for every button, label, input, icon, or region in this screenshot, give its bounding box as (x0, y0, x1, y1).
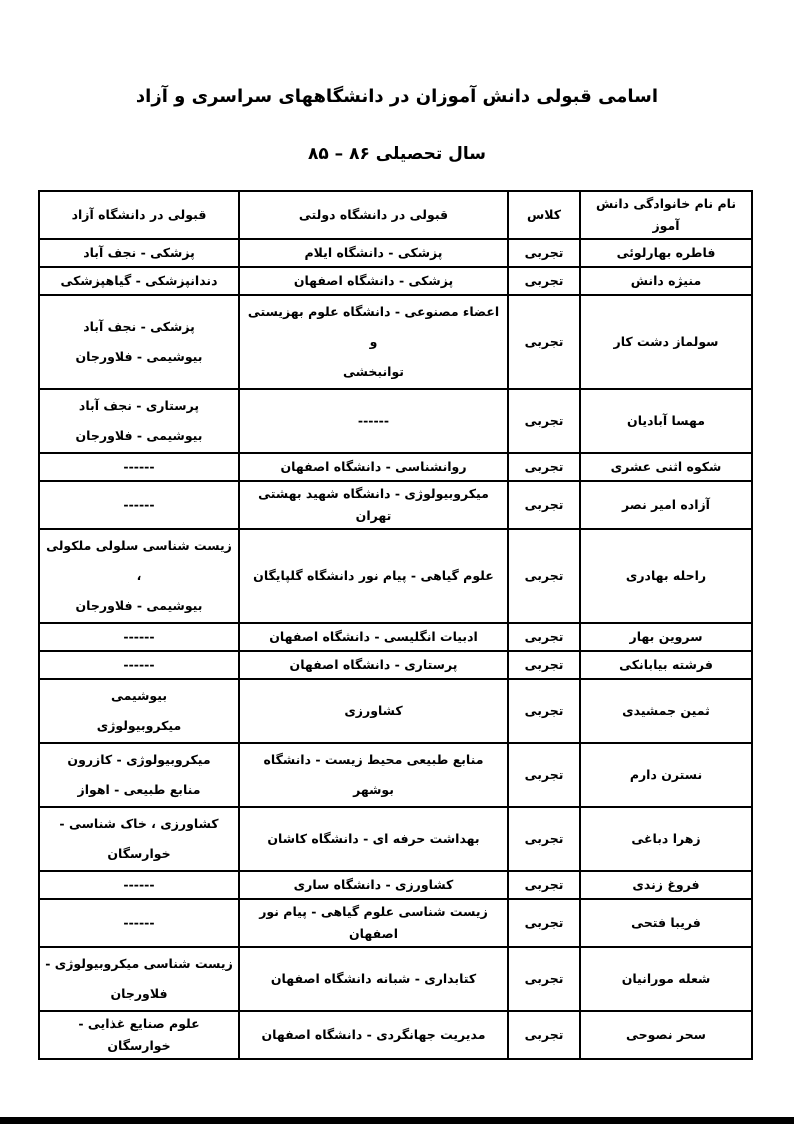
cell-azad-admission: پرستاری - نجف آباد بیوشیمی - فلاورجان (39, 389, 239, 453)
cell-student-name: زهرا دباغی (580, 807, 752, 871)
document-subtitle: سال تحصیلی ۸۶ – ۸۵ (0, 144, 794, 164)
cell-state-admission: ------ (239, 389, 508, 453)
cell-class: تجربی (508, 239, 580, 267)
cell-azad-admission: دندانپزشکی - گیاهپزشکی (39, 267, 239, 295)
table-row: زهرا دباغیتجربیبهداشت حرفه ای - دانشگاه … (39, 807, 752, 871)
document-page: اسامی قبولی دانش آموزان در دانشگاههای سر… (0, 0, 794, 1124)
admissions-table: نام نام خانوادگی دانش آموز کلاس قبولی در… (38, 190, 753, 1060)
col-header-class: کلاس (508, 191, 580, 239)
cell-state-admission: کتابداری - شبانه دانشگاه اصفهان (239, 947, 508, 1011)
table-row: فروغ زندیتجربیکشاورزی - دانشگاه ساری----… (39, 871, 752, 899)
cell-azad-admission: میکروبیولوژی - کازرون منابع طبیعی - اهوا… (39, 743, 239, 807)
cell-azad-admission: ------ (39, 623, 239, 651)
cell-state-admission: پزشکی - دانشگاه ایلام (239, 239, 508, 267)
table-header-row: نام نام خانوادگی دانش آموز کلاس قبولی در… (39, 191, 752, 239)
table-row: مهسا آبادیانتجربی------پرستاری - نجف آبا… (39, 389, 752, 453)
cell-state-admission: اعضاء مصنوعی - دانشگاه علوم بهزیستی و تو… (239, 295, 508, 389)
cell-state-admission: روانشناسی - دانشگاه اصفهان (239, 453, 508, 481)
cell-student-name: سروین بهار (580, 623, 752, 651)
cell-state-admission: منابع طبیعی محیط زیست - دانشگاه بوشهر (239, 743, 508, 807)
cell-class: تجربی (508, 807, 580, 871)
table-row: ثمین جمشیدیتجربیکشاورزیبیوشیمی میکروبیول… (39, 679, 752, 743)
cell-student-name: فروغ زندی (580, 871, 752, 899)
cell-class: تجربی (508, 899, 580, 947)
cell-state-admission: کشاورزی - دانشگاه ساری (239, 871, 508, 899)
cell-state-admission: علوم گیاهی - پیام نور دانشگاه گلپایگان (239, 529, 508, 623)
cell-state-admission: پزشکی - دانشگاه اصفهان (239, 267, 508, 295)
cell-azad-admission: ------ (39, 481, 239, 529)
cell-class: تجربی (508, 947, 580, 1011)
cell-class: تجربی (508, 389, 580, 453)
bottom-page-bar (0, 1117, 794, 1124)
cell-student-name: فریبا فتحی (580, 899, 752, 947)
cell-class: تجربی (508, 529, 580, 623)
cell-student-name: شکوه اثنی عشری (580, 453, 752, 481)
cell-azad-admission: زیست شناسی میکروبیولوژی - فلاورجان (39, 947, 239, 1011)
cell-state-admission: ادبیات انگلیسی - دانشگاه اصفهان (239, 623, 508, 651)
cell-state-admission: بهداشت حرفه ای - دانشگاه کاشان (239, 807, 508, 871)
cell-student-name: منیژه دانش (580, 267, 752, 295)
cell-class: تجربی (508, 679, 580, 743)
cell-class: تجربی (508, 453, 580, 481)
cell-class: تجربی (508, 1011, 580, 1059)
cell-student-name: شعله مورانیان (580, 947, 752, 1011)
cell-student-name: ثمین جمشیدی (580, 679, 752, 743)
table-row: سروین بهارتجربیادبیات انگلیسی - دانشگاه … (39, 623, 752, 651)
table-row: منیژه دانشتجربیپزشکی - دانشگاه اصفهاندند… (39, 267, 752, 295)
table-row: فریبا فتحیتجربیزیست شناسی علوم گیاهی - پ… (39, 899, 752, 947)
cell-student-name: فاطره بهارلوئی (580, 239, 752, 267)
col-header-student-name: نام نام خانوادگی دانش آموز (580, 191, 752, 239)
cell-azad-admission: ------ (39, 651, 239, 679)
cell-class: تجربی (508, 481, 580, 529)
cell-state-admission: پرستاری - دانشگاه اصفهان (239, 651, 508, 679)
table-row: آزاده امیر نصرتجربیمیکروبیولوژی - دانشگا… (39, 481, 752, 529)
cell-azad-admission: زیست شناسی سلولی ملکولی ، بیوشیمی - فلاو… (39, 529, 239, 623)
table-row: فرشته بیابانکیتجربیپرستاری - دانشگاه اصف… (39, 651, 752, 679)
cell-azad-admission: ------ (39, 453, 239, 481)
cell-state-admission: کشاورزی (239, 679, 508, 743)
col-header-azad-university: قبولی در دانشگاه آزاد (39, 191, 239, 239)
table-row: سحر نصوحیتجربیمدیریت جهانگردی - دانشگاه … (39, 1011, 752, 1059)
cell-student-name: نسترن دارم (580, 743, 752, 807)
cell-student-name: سولماز دشت کار (580, 295, 752, 389)
cell-state-admission: میکروبیولوژی - دانشگاه شهید بهشتی تهران (239, 481, 508, 529)
col-header-state-university: قبولی در دانشگاه دولتی (239, 191, 508, 239)
table-row: سولماز دشت کارتجربیاعضاء مصنوعی - دانشگا… (39, 295, 752, 389)
table-row: شکوه اثنی عشریتجربیروانشناسی - دانشگاه ا… (39, 453, 752, 481)
cell-class: تجربی (508, 743, 580, 807)
cell-class: تجربی (508, 651, 580, 679)
cell-azad-admission: کشاورزی ، خاک شناسی - خوارسگان (39, 807, 239, 871)
cell-class: تجربی (508, 623, 580, 651)
cell-student-name: فرشته بیابانکی (580, 651, 752, 679)
cell-class: تجربی (508, 871, 580, 899)
table-row: فاطره بهارلوئیتجربیپزشکی - دانشگاه ایلام… (39, 239, 752, 267)
cell-state-admission: مدیریت جهانگردی - دانشگاه اصفهان (239, 1011, 508, 1059)
cell-azad-admission: بیوشیمی میکروبیولوژی (39, 679, 239, 743)
cell-azad-admission: پزشکی - نجف آباد (39, 239, 239, 267)
cell-student-name: آزاده امیر نصر (580, 481, 752, 529)
table-row: شعله مورانیانتجربیکتابداری - شبانه دانشگ… (39, 947, 752, 1011)
cell-class: تجربی (508, 295, 580, 389)
cell-state-admission: زیست شناسی علوم گیاهی - پیام نور اصفهان (239, 899, 508, 947)
table-row: راحله بهادریتجربیعلوم گیاهی - پیام نور د… (39, 529, 752, 623)
cell-azad-admission: ------ (39, 871, 239, 899)
cell-azad-admission: پزشکی - نجف آباد بیوشیمی - فلاورجان (39, 295, 239, 389)
document-title: اسامی قبولی دانش آموزان در دانشگاههای سر… (0, 86, 794, 107)
cell-azad-admission: ------ (39, 899, 239, 947)
cell-student-name: مهسا آبادیان (580, 389, 752, 453)
cell-student-name: راحله بهادری (580, 529, 752, 623)
cell-class: تجربی (508, 267, 580, 295)
table-row: نسترن دارمتجربیمنابع طبیعی محیط زیست - د… (39, 743, 752, 807)
cell-student-name: سحر نصوحی (580, 1011, 752, 1059)
cell-azad-admission: علوم صنایع غذایی - خوارسگان (39, 1011, 239, 1059)
